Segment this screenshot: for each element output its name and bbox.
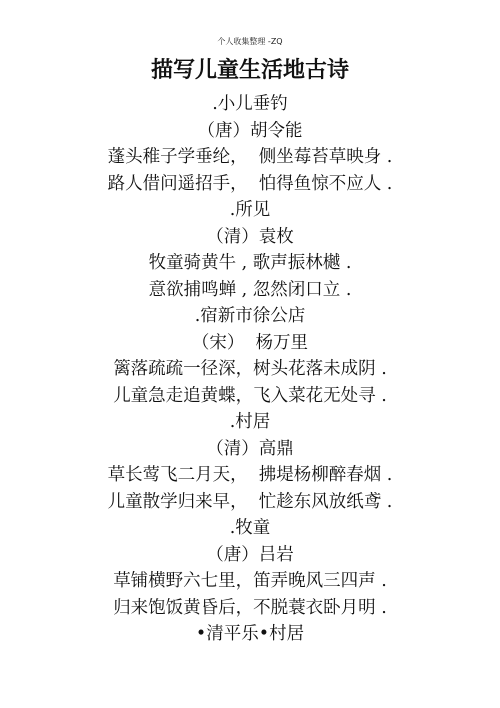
poem-mu-tong: .牧童 （唐）吕岩 草铺横野六七里，笛弄晚风三四声 . 归来饱饭黄昏后，不脱蓑衣… [0,515,500,621]
poem-verse: 路人借问遥招手， 怕得鱼惊不应人 . [0,171,500,198]
poem-verse: 归来饱饭黄昏后，不脱蓑衣卧月明 . [0,595,500,622]
poem-list: .小儿垂钓 （唐）胡令能 蓬头稚子学垂纶， 侧坐莓苔草映身 . 路人借问遥招手，… [0,91,500,648]
page-header: 个人收集整理 -ZQ [0,36,500,48]
poem-verse: 意欲捕鸣蝉 , 忽然闭口立 . [0,277,500,304]
poem-author: （宋） 杨万里 [0,330,500,357]
poem-suo-jian: .所见 （清）袁枚 牧童骑黄牛 , 歌声振林樾 . 意欲捕鸣蝉 , 忽然闭口立 … [0,197,500,303]
poem-qing-ping-le-cun-ju: •清平乐•村居 [0,621,500,648]
poem-title: .村居 [0,409,500,436]
poem-title: .所见 [0,197,500,224]
poem-title: •清平乐•村居 [0,621,500,648]
poem-verse: 草铺横野六七里，笛弄晚风三四声 . [0,568,500,595]
poem-author: （清）高鼎 [0,436,500,463]
poem-author: （清）袁枚 [0,224,500,251]
poem-title: .牧童 [0,515,500,542]
poem-verse: 牧童骑黄牛 , 歌声振林樾 . [0,250,500,277]
poem-verse: 儿童急走追黄蝶，飞入菜花无处寻 . [0,383,500,410]
poem-title: .小儿垂钓 [0,91,500,118]
poem-verse: 篱落疏疏一径深，树头花落未成阴 . [0,356,500,383]
poem-xiao-er-chui-diao: .小儿垂钓 （唐）胡令能 蓬头稚子学垂纶， 侧坐莓苔草映身 . 路人借问遥招手，… [0,91,500,197]
poem-verse: 蓬头稚子学垂纶， 侧坐莓苔草映身 . [0,144,500,171]
poem-author: （唐）吕岩 [0,542,500,569]
poem-su-xin-shi-xu-gong-dian: .宿新市徐公店 （宋） 杨万里 篱落疏疏一径深，树头花落未成阴 . 儿童急走追黄… [0,303,500,409]
document-title: 描写儿童生活地古诗 [0,56,500,86]
poem-author: （唐）胡令能 [0,118,500,145]
poem-title: .宿新市徐公店 [0,303,500,330]
poem-cun-ju: .村居 （清）高鼎 草长莺飞二月天， 拂堤杨柳醉春烟 . 儿童散学归来早， 忙趁… [0,409,500,515]
poem-verse: 草长莺飞二月天， 拂堤杨柳醉春烟 . [0,462,500,489]
poem-verse: 儿童散学归来早， 忙趁东风放纸鸢 . [0,489,500,516]
